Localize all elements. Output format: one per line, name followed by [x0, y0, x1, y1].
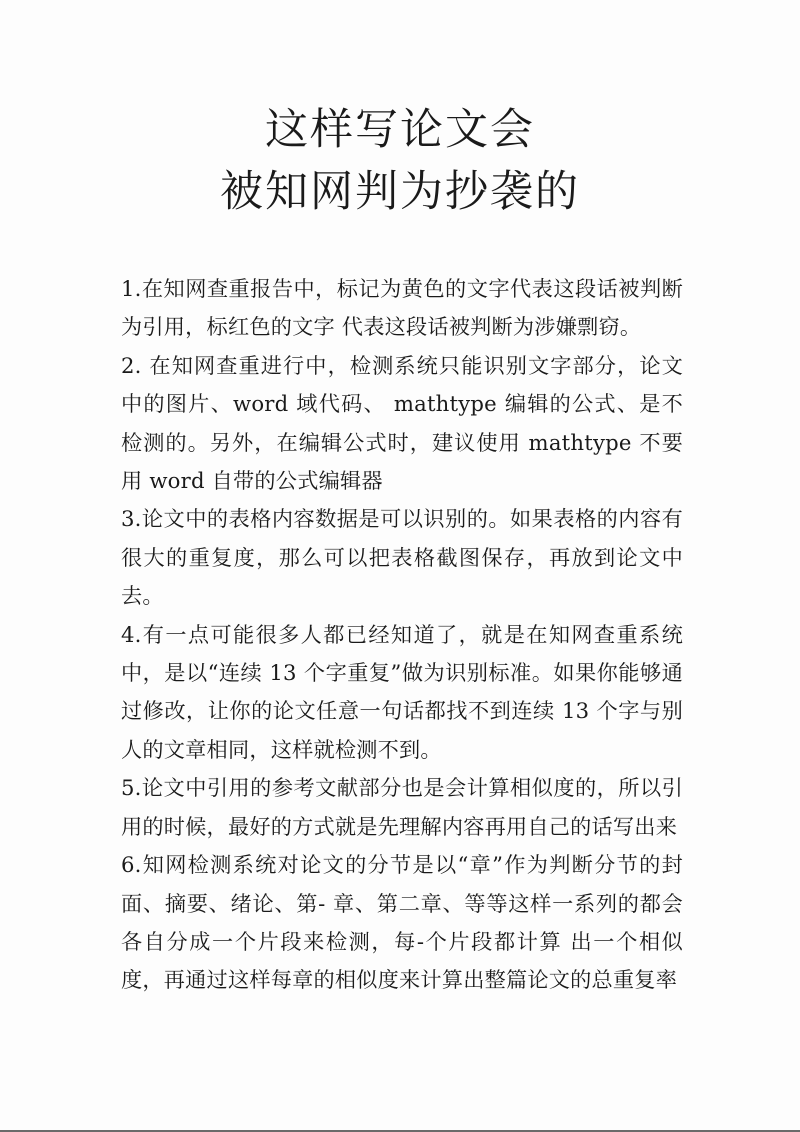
- paragraph-5: 5.论文中引用的参考文献部分也是会计算相似度的，所以引用的时候，最好的方式就是先…: [121, 769, 683, 846]
- paragraph-2: 2. 在知网查重进行中，检测系统只能识别文字部分，论文中的图片、word 域代码…: [121, 347, 683, 501]
- paragraph-4: 4.有一点可能很多人都已经知道了，就是在知网查重系统中，是以“连续 13 个字重…: [121, 616, 683, 770]
- paragraph-1: 1.在知网查重报告中，标记为黄色的文字代表这段话被判断为引用，标红色的文字 代表…: [121, 270, 683, 347]
- document-body: 1.在知网查重报告中，标记为黄色的文字代表这段话被判断为引用，标红色的文字 代表…: [121, 270, 683, 1000]
- paragraph-6: 6.知网检测系统对论文的分节是以“章”作为判断分节的封面、摘要、绪论、第- 章、…: [121, 846, 683, 1000]
- document-title-line-2: 被知网判为抄袭的: [0, 160, 800, 224]
- paragraph-3: 3.论文中的表格内容数据是可以识别的。如果表格的内容有很大的重复度，那么可以把表…: [121, 500, 683, 615]
- document-title-line-1: 这样写论文会: [0, 98, 800, 162]
